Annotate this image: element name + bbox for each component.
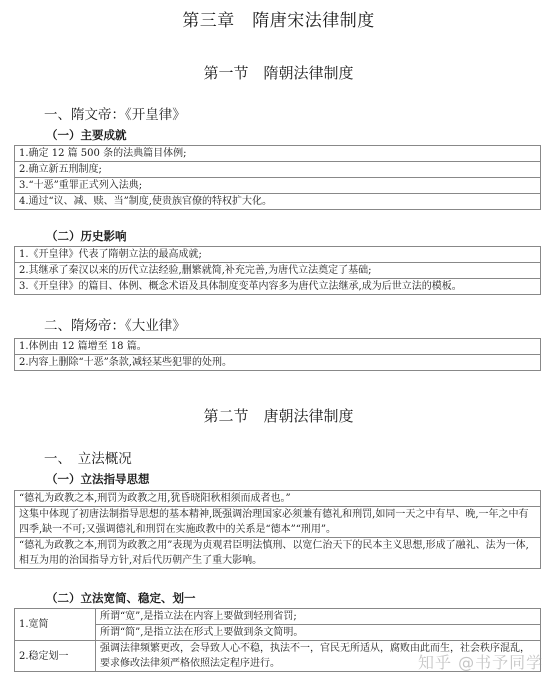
table-row: 1.确定 12 篇 500 条的法典篇目体例; (15, 146, 541, 162)
table-row: “德礼为政教之本,刑罚为政教之用,犹昏晓阳秋相须而成者也。” (15, 491, 541, 507)
achievements-table: 1.确定 12 篇 500 条的法典篇目体例; 2.确立新五刑制度; 3.“十恶… (14, 145, 541, 210)
table-row: 3.“十恶”重罪正式列入法典; (15, 178, 541, 194)
heading-kaihuang-lu: 一、隋文帝：《开皇律》 (44, 103, 186, 123)
row-label-lenient: 1.宽简 (15, 609, 96, 641)
table-cell: 所谓“简”,是指立法在形式上要做到条文简明。 (96, 625, 541, 641)
table-row: 2.其继承了秦汉以来的历代立法经验,删繁就简,补充完善,为唐代立法奠定了基础; (15, 263, 541, 279)
table-row: 3.《开皇律》的篇目、体例、概念术语及具体制度变革内容多为唐代立法继承,成为后世… (15, 279, 541, 295)
section-title-tang: 第二节 唐朝法律制度 (0, 405, 557, 426)
table-cell: 强调法律频繁更改，会导致人心不稳，执法不一，官民无所适从，腐败由此而生，社会秩序… (96, 641, 541, 672)
subheading-guiding-thought: （一）立法指导思想 (46, 471, 150, 487)
heading-daye-lu: 二、隋炀帝：《大业律》 (44, 314, 186, 334)
row-label-stable: 2.稳定划一 (15, 641, 96, 672)
chapter-title: 第三章 隋唐宋法律制度 (0, 6, 557, 31)
lenient-stable-table: 1.宽简 所谓“宽”,是指立法在内容上要做到轻刑省罚; 所谓“简”,是指立法在形… (14, 608, 541, 672)
table-cell: 所谓“宽”,是指立法在内容上要做到轻刑省罚; (96, 609, 541, 625)
table-row: 1.《开皇律》代表了隋朝立法的最高成就; (15, 247, 541, 263)
table-row: 1.体例由 12 篇增至 18 篇。 (15, 339, 541, 355)
subheading-achievements: （一）主要成就 (46, 127, 127, 143)
heading-legislation-overview: 一、 立法概况 (44, 447, 132, 467)
subheading-lenient-stable: （二）立法宽简、稳定、划一 (46, 590, 196, 606)
table-row: 4.通过“议、减、赎、当”制度,使贵族官僚的特权扩大化。 (15, 194, 541, 210)
influence-table: 1.《开皇律》代表了隋朝立法的最高成就; 2.其继承了秦汉以来的历代立法经验,删… (14, 246, 541, 295)
daye-table: 1.体例由 12 篇增至 18 篇。 2.内容上删除“十恶”条款,减轻某些犯罪的… (14, 338, 541, 371)
table-row: 这集中体现了初唐法制指导思想的基本精神,既强调治理国家必须兼有德礼和刑罚,如同一… (15, 507, 541, 538)
table-row: “德礼为政教之本,刑罚为政教之用”表现为贞观君臣明法慎刑、以宽仁治天下的民本主义… (15, 538, 541, 569)
table-row: 2.确立新五刑制度; (15, 162, 541, 178)
table-row: 2.内容上删除“十恶”条款,减轻某些犯罪的处刑。 (15, 355, 541, 371)
section-title-sui: 第一节 隋朝法律制度 (0, 62, 557, 83)
subheading-historical-influence: （二）历史影响 (46, 228, 127, 244)
guiding-thought-table: “德礼为政教之本,刑罚为政教之用,犹昏晓阳秋相须而成者也。” 这集中体现了初唐法… (14, 490, 541, 569)
